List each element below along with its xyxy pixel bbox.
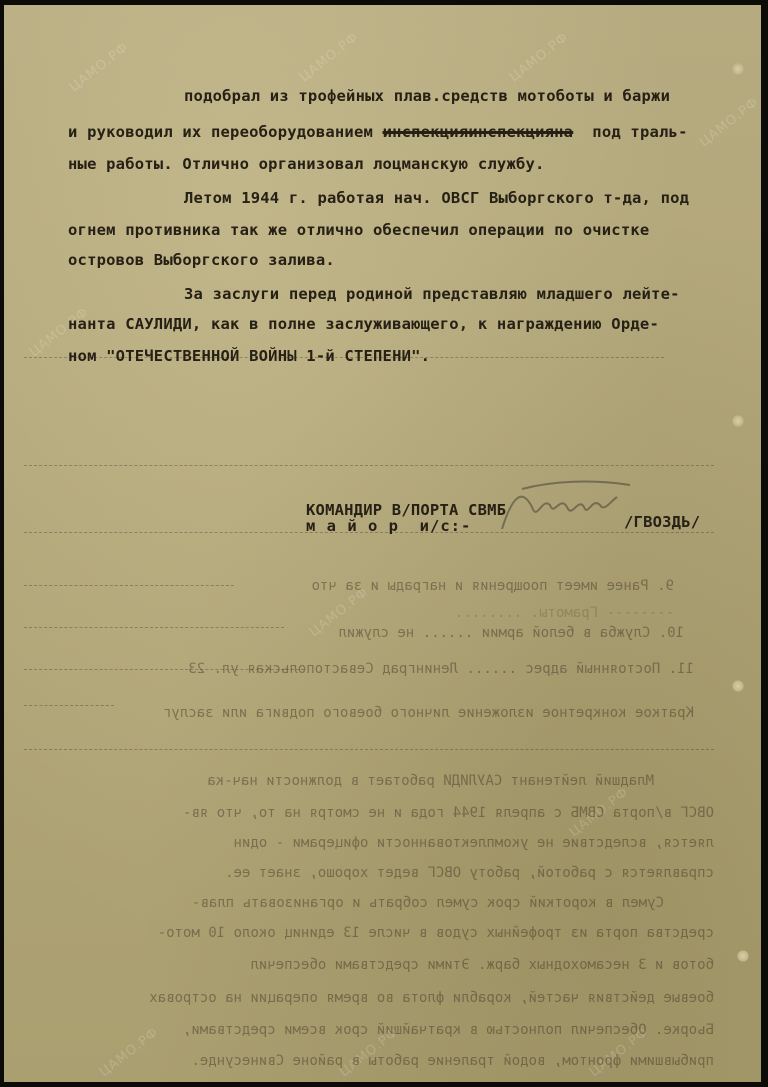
body-line-8: нанта САУЛИДИ, как в полне заслуживающег… xyxy=(68,315,659,333)
bleed-through-line: 11. Постоянный адрес ...... Ленинград Се… xyxy=(94,661,694,677)
bleed-through-line: 9. Ранее имеет поощрения и награды и за … xyxy=(154,578,674,594)
pinhole-mark xyxy=(732,680,744,692)
bleed-through-line: 10. Служба в белой армии ...... не служи… xyxy=(304,625,684,641)
bleed-through-line: Сумел в короткий срок сумел собрать и ор… xyxy=(24,895,664,911)
handwritten-signature-icon xyxy=(492,477,632,537)
bleed-through-line: прибывшими фронтом, водой траление работ… xyxy=(64,1053,714,1069)
body-line-6: островов Выборгского залива. xyxy=(68,251,335,269)
struck-text: инспекцияинспекцияна xyxy=(383,123,574,141)
bleed-through-line: Краткое конкретное изложение личного бое… xyxy=(84,705,694,721)
body-line-4: Летом 1944 г. работая нач. ОВСГ Выборгск… xyxy=(184,189,689,207)
body-line-1: подобрал из трофейных плав.средств мотоб… xyxy=(184,87,670,105)
bleed-through-line: ботов и 3 несамоходных барж. Этими средс… xyxy=(24,957,714,973)
watermark: ЦАМО.РФ xyxy=(507,30,572,85)
signatory-rank: м а й о р и/с:- xyxy=(306,517,471,535)
body-line-7: За заслуги перед родиной представляю мла… xyxy=(184,285,680,303)
bleed-through-line: Бьорке. Обеспечил полностью в кратчайший… xyxy=(64,1022,714,1038)
bleed-through-line: боевые действия частей, корабли флота во… xyxy=(24,990,714,1006)
watermark: ЦАМО.РФ xyxy=(697,95,761,150)
form-line xyxy=(24,749,714,750)
pinhole-mark xyxy=(737,950,749,962)
bleed-through-line: ляется, вследствие не укомплектованности… xyxy=(34,835,714,851)
signatory-name: /ГВОЗДЬ/ xyxy=(624,513,700,531)
watermark: ЦАМО.РФ xyxy=(67,40,132,95)
watermark: ЦАМО.РФ xyxy=(297,30,362,85)
body-line-3: ные работы. Отлично организовал лоцманск… xyxy=(68,155,545,173)
form-line xyxy=(24,627,284,628)
form-line xyxy=(24,465,714,466)
body-line-2-text: и руководил их переоборудованием xyxy=(68,123,373,141)
body-line-5: огнем противника так же отлично обеспечи… xyxy=(68,221,649,239)
body-line-2-end: под траль- xyxy=(592,123,687,141)
document-page: ЦАМО.РФ ЦАМО.РФ ЦАМО.РФ ЦАМО.РФ ЦАМО.РФ … xyxy=(4,5,761,1082)
bleed-through-line: ОВСГ в/порта СВМБ с апреля 1944 года и н… xyxy=(34,805,714,821)
pinhole-mark xyxy=(732,415,744,427)
bleed-through-line: средства порта из трофейных судов в числ… xyxy=(24,925,714,941)
bleed-through-line: Младший лейтенант САУЛИДИ работает в дол… xyxy=(34,773,654,789)
body-line-9: ном "ОТЕЧЕСТВЕННОЙ ВОЙНЫ 1-й СТЕПЕНИ". xyxy=(68,347,430,365)
bleed-through-line: справляется с работой, работу ОВСГ ведет… xyxy=(104,865,714,881)
body-line-2: и руководил их переоборудованием инспекц… xyxy=(68,123,688,141)
pinhole-mark xyxy=(732,63,744,75)
bleed-through-line: -------- Грамоты. ........ xyxy=(224,605,674,621)
